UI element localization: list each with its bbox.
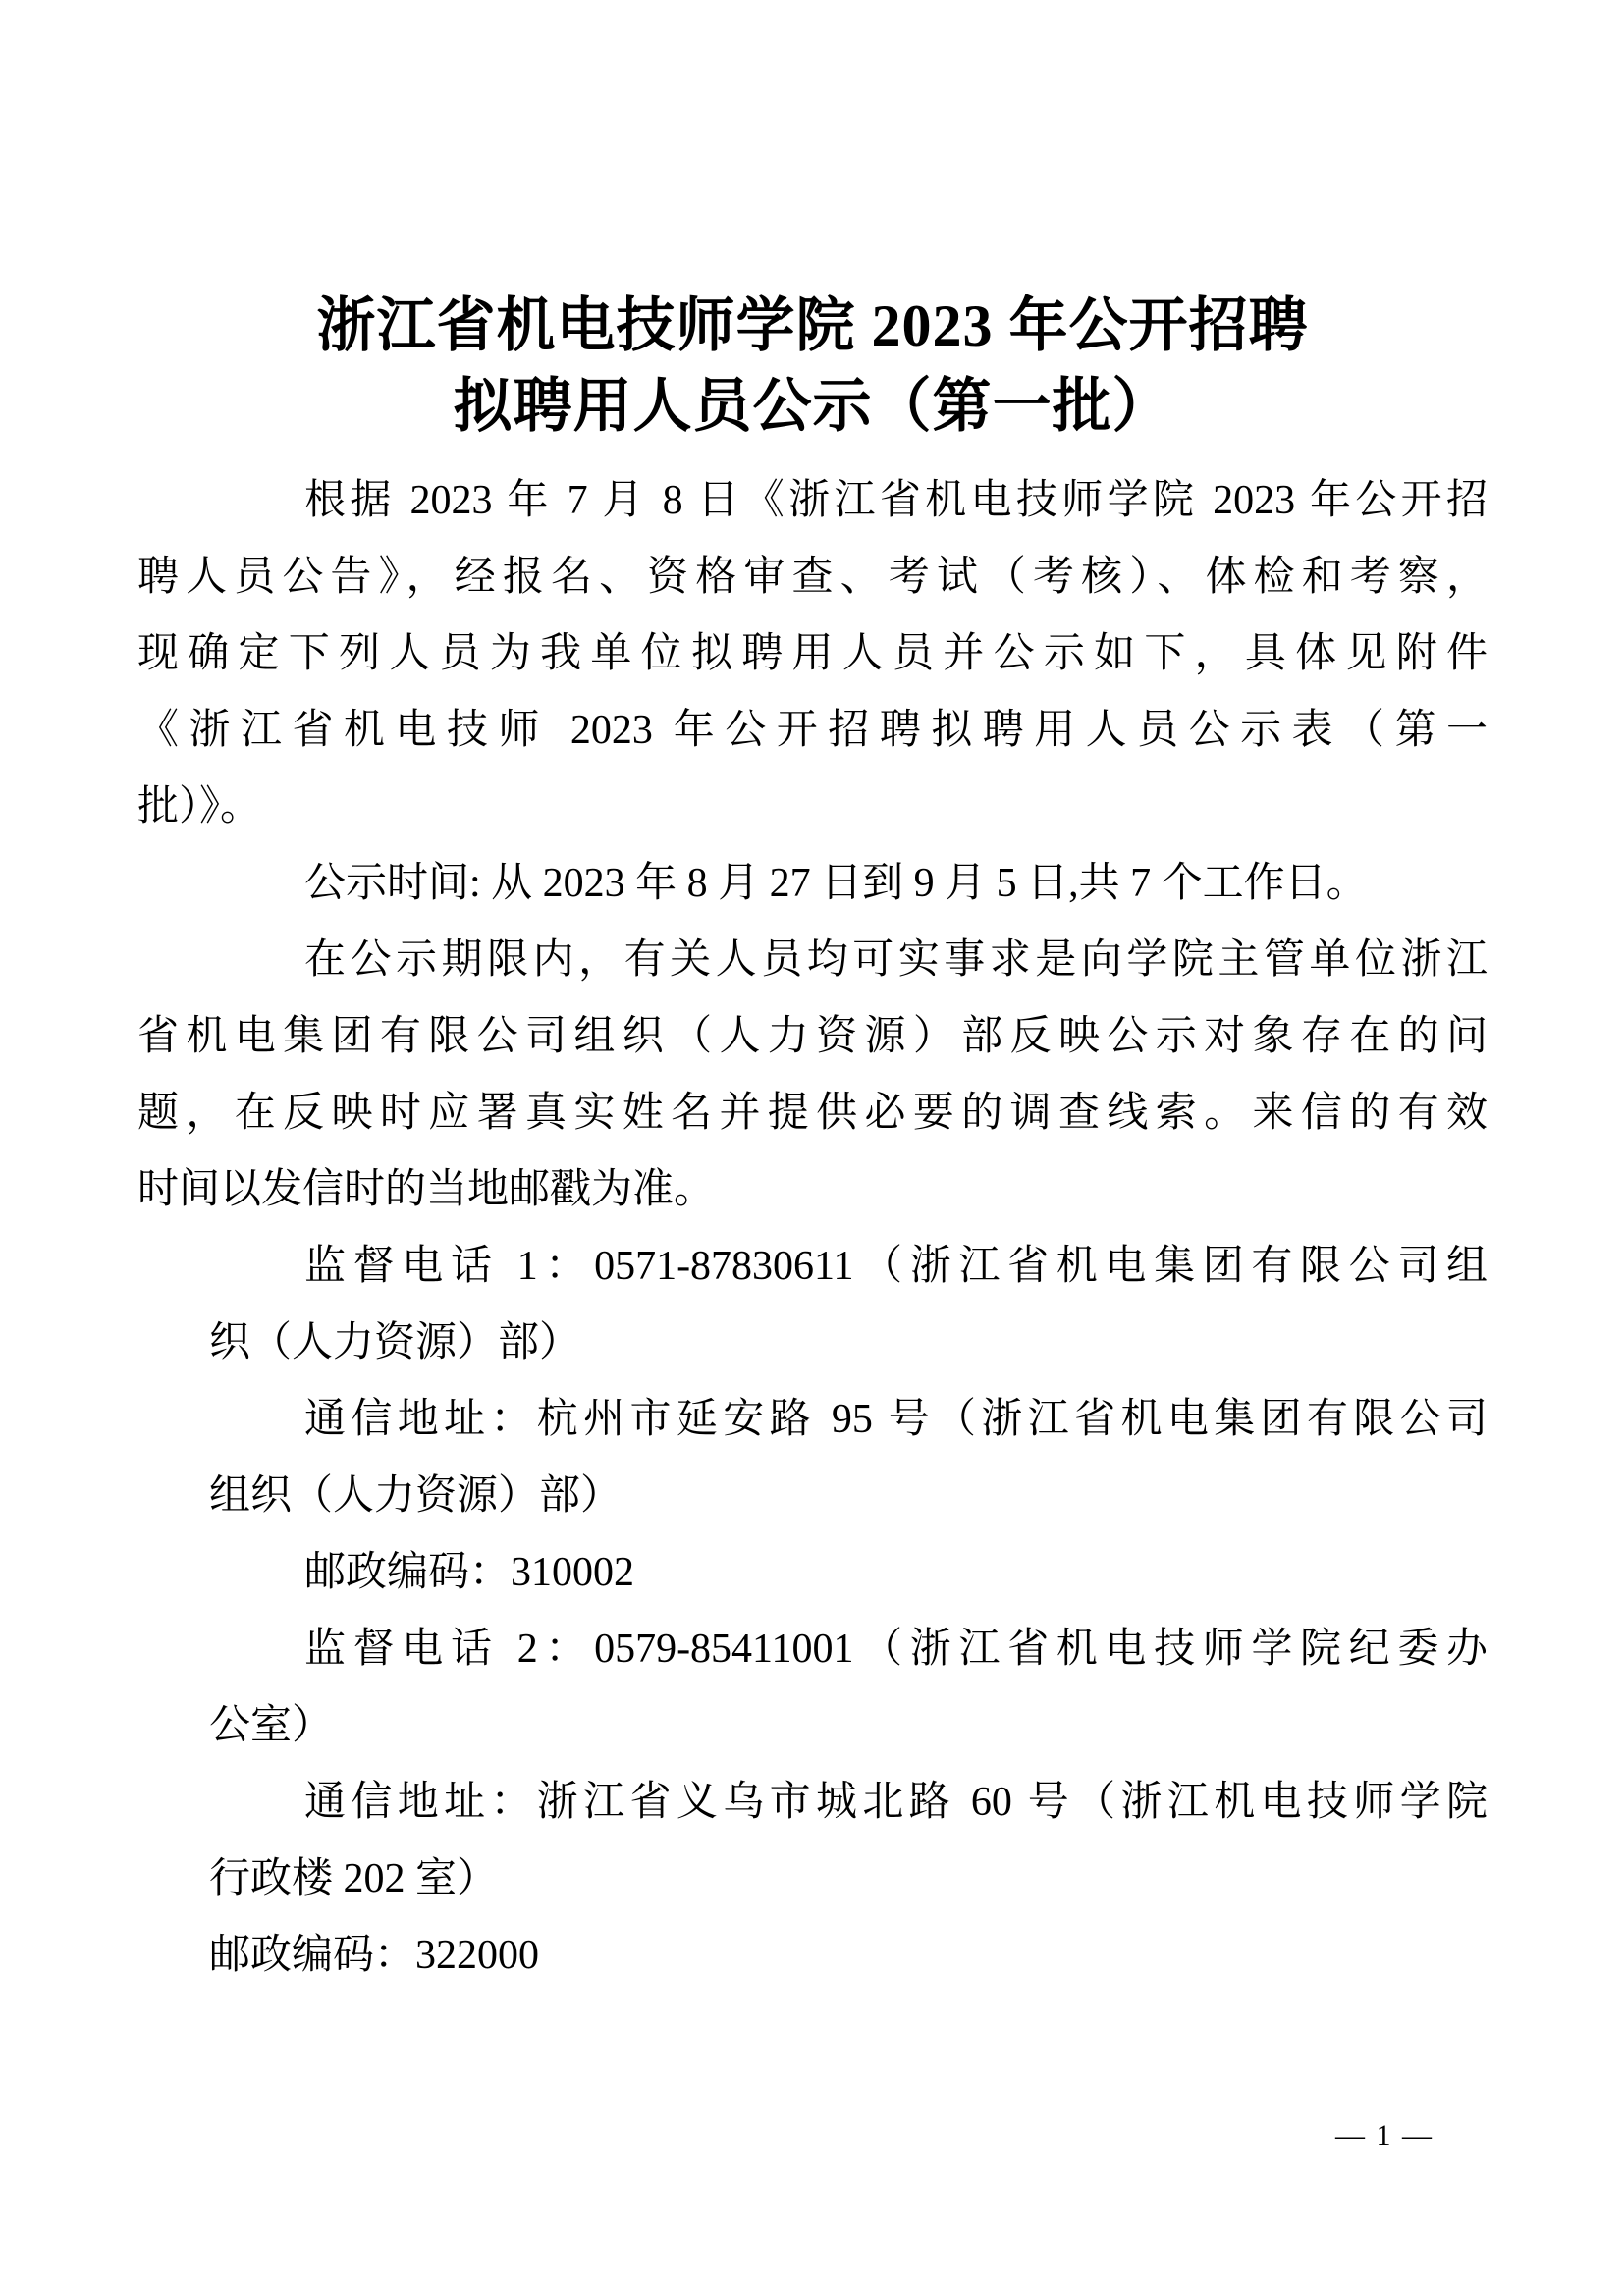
body-line: 监督电话 2：0579-85411001（浙江省机电技师学院纪委办 (209, 1611, 1488, 1687)
document-page: 浙江省机电技师学院 2023 年公开招聘 拟聘用人员公示（第一批） 根据 202… (0, 0, 1624, 2296)
body-line: 省机电集团有限公司组织（人力资源）部反映公示对象存在的问 (137, 998, 1488, 1075)
body-line: 《浙江省机电技师 2023 年公开招聘拟聘用人员公示表（第一 (137, 692, 1488, 769)
title-line-2: 拟聘用人员公示（第一批） (137, 366, 1488, 447)
body-line: 行政楼 202 室） (209, 1841, 1488, 1917)
body-line: 根据 2023 年 7 月 8 日《浙江省机电技师学院 2023 年公开招 (137, 462, 1488, 539)
body-line: 现确定下列人员为我单位拟聘用人员并公示如下，具体见附件 (137, 615, 1488, 692)
body-line: 组织（人力资源）部） (209, 1458, 1488, 1534)
body-line: 批）》。 (137, 769, 1488, 845)
document-title: 浙江省机电技师学院 2023 年公开招聘 拟聘用人员公示（第一批） (137, 286, 1488, 447)
body-line: 邮政编码：310002 (209, 1534, 1488, 1611)
body-line: 聘人员公告》，经报名、资格审查、考试（考核）、体检和考察， (137, 539, 1488, 615)
title-line-1: 浙江省机电技师学院 2023 年公开招聘 (137, 286, 1488, 366)
body-line: 时间以发信时的当地邮戳为准。 (137, 1151, 1488, 1228)
page-number: — 1 — (1335, 2116, 1434, 2156)
body-line: 通信地址：杭州市延安路 95 号（浙江省机电集团有限公司 (209, 1381, 1488, 1458)
body-line: 在公示期限内，有关人员均可实事求是向学院主管单位浙江 (137, 922, 1488, 998)
body-line: 题，在反映时应署真实姓名并提供必要的调查线索。来信的有效 (137, 1075, 1488, 1151)
body-line: 邮政编码：322000 (209, 1917, 1488, 1994)
document-body: 根据 2023 年 7 月 8 日《浙江省机电技师学院 2023 年公开招聘人员… (137, 462, 1488, 1994)
body-line: 监督电话 1：0571-87830611（浙江省机电集团有限公司组 (209, 1228, 1488, 1305)
body-line: 织（人力资源）部） (209, 1305, 1488, 1381)
body-line: 公示时间: 从 2023 年 8 月 27 日到 9 月 5 日,共 7 个工作… (137, 845, 1488, 922)
body-line: 通信地址：浙江省义乌市城北路 60 号（浙江机电技师学院 (209, 1764, 1488, 1841)
body-line: 公室） (209, 1687, 1488, 1764)
